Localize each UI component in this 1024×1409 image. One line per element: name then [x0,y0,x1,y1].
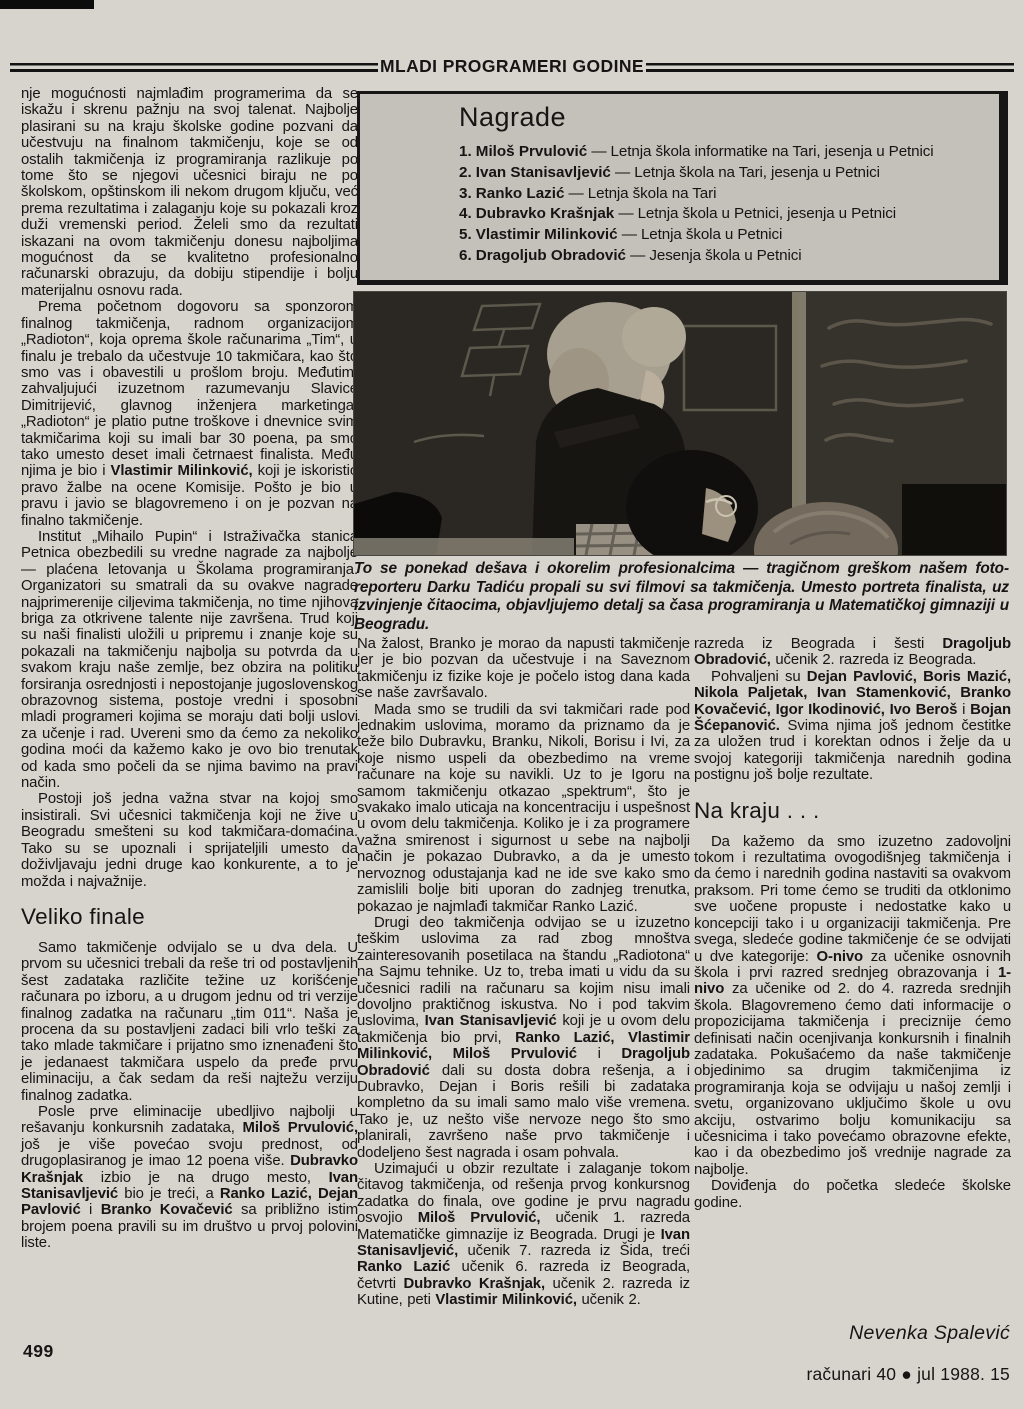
award-list-item: 5. Vlastimir Milinković — Letnja škola u… [459,225,981,246]
body-paragraph: Uzimajući u obzir rezultate i zalaganje … [357,1161,690,1309]
award-detail: — Letnja škola u Petnici, jesenja u Petn… [618,205,896,222]
body-paragraph: Postoji još jedna važna stvar na kojoj s… [21,791,358,889]
scan-artifact-bar [0,0,94,9]
body-paragraph: Drugi deo takmičenja odvijao se u izuzet… [357,915,690,1161]
award-list-item: 4. Dubravko Krašnjak — Letnja škola u Pe… [459,204,981,225]
section-heading-veliko-finale: Veliko finale [21,904,358,930]
body-paragraph: Da kažemo da smo izuzetno zadovoljni tok… [694,834,1011,1179]
body-paragraph: Posle prve eliminacije ubedljivo najbolj… [21,1104,358,1252]
left-column: nje mogućnosti najmlađim programerima da… [21,86,358,1252]
award-winner-name: Ivan Stanisavljević [476,164,611,181]
award-list-item: 2. Ivan Stanisavljević — Letnja škola na… [459,163,981,184]
page-number: 499 [23,1341,54,1362]
award-detail: — Letnja škola u Petnici [622,226,783,243]
photo-caption: To se ponekad dešava i okorelim profesio… [354,560,1009,634]
page-header: MLADI PROGRAMERI GODINE [10,57,1014,78]
award-winner-name: Dubravko Krašnjak [476,205,614,222]
award-winner-name: Miloš Prvulović [476,143,587,160]
body-paragraph: razreda iz Beograda i šesti Dragoljub Ob… [694,636,1011,669]
magazine-page: MLADI PROGRAMERI GODINE nje mogućnosti n… [0,0,1024,1409]
body-paragraph: Institut „Mihailo Pupin“ i Istraživačka … [21,529,358,792]
award-detail: — Letnja škola na Tari, jesenja u Petnic… [615,164,880,181]
magazine-footer: računari 40 ● jul 1988. 15 [560,1364,1010,1385]
awards-box: Nagrade 1. Miloš Prvulović — Letnja škol… [357,91,1008,285]
body-paragraph: Na žalost, Branko je morao da napusti ta… [357,636,690,702]
middle-column: Na žalost, Branko je morao da napusti ta… [357,636,690,1309]
author-signature: Nevenka Spalević [640,1322,1010,1345]
body-paragraph: Prema početnom dogovoru sa sponzorom fin… [21,299,358,529]
body-paragraph: nje mogućnosti najmlađim programerima da… [21,86,358,299]
right-column: razreda iz Beograda i šesti Dragoljub Ob… [694,636,1011,1211]
body-paragraph: Samo takmičenje odvijalo se u dva dela. … [21,940,358,1104]
award-list-item: 6. Dragoljub Obradović — Jesenja škola u… [459,246,981,267]
header-rule-right [646,63,1014,72]
awards-title: Nagrade [459,102,981,133]
section-heading-na-kraju: Na kraju . . . [694,798,1011,824]
award-list-item: 1. Miloš Prvulović — Letnja škola inform… [459,142,981,163]
classroom-photo-art [354,292,1006,555]
page-title: MLADI PROGRAMERI GODINE [378,56,646,77]
body-paragraph: Doviđenja do početka sledeće školske god… [694,1178,1011,1211]
classroom-photo [354,292,1006,555]
award-detail: — Jesenja škola u Petnici [630,247,801,264]
award-detail: — Letnja škola informatike na Tari, jese… [591,143,933,160]
award-winner-name: Vlastimir Milinković [476,226,618,243]
award-list-item: 3. Ranko Lazić — Letnja škola na Tari [459,184,981,205]
header-rule-left [10,63,378,72]
award-winner-name: Dragoljub Obradović [476,247,626,264]
award-winner-name: Ranko Lazić [476,185,565,202]
body-paragraph: Mada smo se trudili da svi takmičari rad… [357,702,690,915]
body-paragraph: Pohvaljeni su Dejan Pavlović, Boris Mazi… [694,669,1011,784]
award-detail: — Letnja škola na Tari [569,185,717,202]
